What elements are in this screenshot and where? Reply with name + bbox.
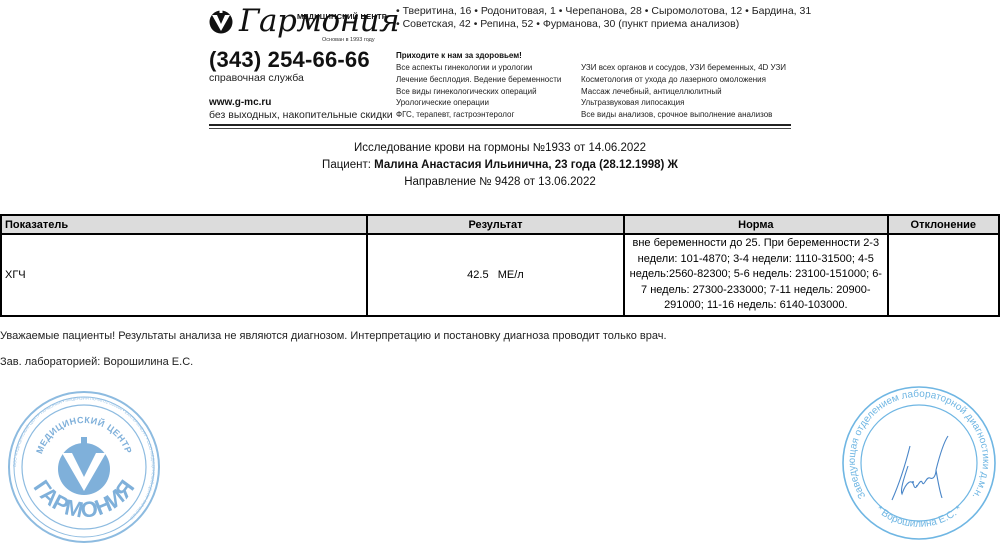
table-header-row: Показатель Результат Норма Отклонение (1, 215, 999, 234)
service-item: Массаж лечебный, антицеллюлитный (581, 86, 786, 98)
service-item: Лечение бесплодия. Ведение беременности (396, 74, 561, 86)
referral-line: Направление № 9428 от 13.06.2022 (0, 174, 1000, 191)
letterhead: Гармония МЕДИЦИНСКИЙ ЦЕНТР Основан в 199… (209, 0, 791, 132)
v-shield-icon (209, 10, 233, 34)
services-column-2: УЗИ всех органов и сосудов, УЗИ беременн… (581, 62, 786, 121)
norm-cell: вне беременности до 25. При беременности… (624, 234, 887, 316)
address-list: • Тверитина, 16 • Родонитовая, 1 • Череп… (396, 5, 811, 31)
address-line: • Советская, 42 • Репина, 52 • Фурманова… (396, 18, 811, 31)
column-header-deviation: Отклонение (888, 215, 999, 234)
signature-scribble (892, 436, 948, 500)
logo-tagline: МЕДИЦИНСКИЙ ЦЕНТР (297, 12, 387, 21)
column-header-indicator: Показатель (1, 215, 367, 234)
service-item: Ультразвуковая липосакция (581, 97, 786, 109)
service-item: Все виды гинекологических операций (396, 86, 561, 98)
deviation-cell (888, 234, 999, 316)
indicator-cell: ХГЧ (1, 234, 367, 316)
header-divider (209, 124, 791, 126)
service-item: Все виды анализов, срочное выполнение ан… (581, 109, 786, 121)
service-item: Все аспекты гинекологии и урологии (396, 62, 561, 74)
phone-number: (343) 254-66-66 (209, 47, 370, 73)
services-title: Приходите к нам за здоровьем! (396, 51, 522, 60)
patient-line: Пациент: Малина Анастасия Ильинична, 23 … (0, 157, 1000, 174)
clinic-logo: Гармония МЕДИЦИНСКИЙ ЦЕНТР Основан в 199… (209, 5, 389, 41)
patient-label: Пациент: (322, 159, 371, 171)
phone-caption: справочная служба (209, 72, 304, 84)
service-item: ФГС, терапевт, гастроэнтеролог (396, 109, 561, 121)
header-divider (209, 128, 791, 129)
result-cell: 42.5 МЕ/л (367, 234, 624, 316)
table-row: ХГЧ 42.5 МЕ/л вне беременности до 25. Пр… (1, 234, 999, 316)
website-caption: без выходных, накопительные скидки (209, 109, 393, 121)
service-item: Урологические операции (396, 97, 561, 109)
column-header-norm: Норма (624, 215, 887, 234)
services-column-1: Все аспекты гинекологии и урологии Лечен… (396, 62, 561, 121)
service-item: Косметология от ухода до лазерного омоло… (581, 74, 786, 86)
disclaimer-text: Уважаемые пациенты! Результаты анализа н… (0, 330, 667, 342)
results-table: Показатель Результат Норма Отклонение ХГ… (0, 214, 1000, 317)
clinic-stamp: ООО МЕДИЦИНСКИЙ ЦЕНТР ГАРМОНИЯ • ЛИЦЕНЗИ… (6, 389, 162, 545)
column-header-result: Результат (367, 215, 624, 234)
patient-value: Малина Анастасия Ильинична, 23 года (28.… (374, 159, 678, 171)
report-title: Исследование крови на гормоны №1933 от 1… (0, 140, 1000, 157)
lab-head-stamp: Заведующая отделением лабораторной диагн… (840, 382, 998, 544)
stamp-bottom-text: * Ворошилина Е.С. * (874, 504, 965, 530)
website-link[interactable]: www.g-mc.ru (209, 97, 271, 108)
lab-head-signature-line: Зав. лабораторией: Ворошилина Е.С. (0, 356, 193, 368)
address-line: • Тверитина, 16 • Родонитовая, 1 • Череп… (396, 5, 811, 18)
report-heading: Исследование крови на гормоны №1933 от 1… (0, 140, 1000, 191)
logo-name: Гармония (239, 1, 399, 41)
logo-founded: Основан в 1993 году (322, 37, 375, 43)
service-item: УЗИ всех органов и сосудов, УЗИ беременн… (581, 62, 786, 74)
